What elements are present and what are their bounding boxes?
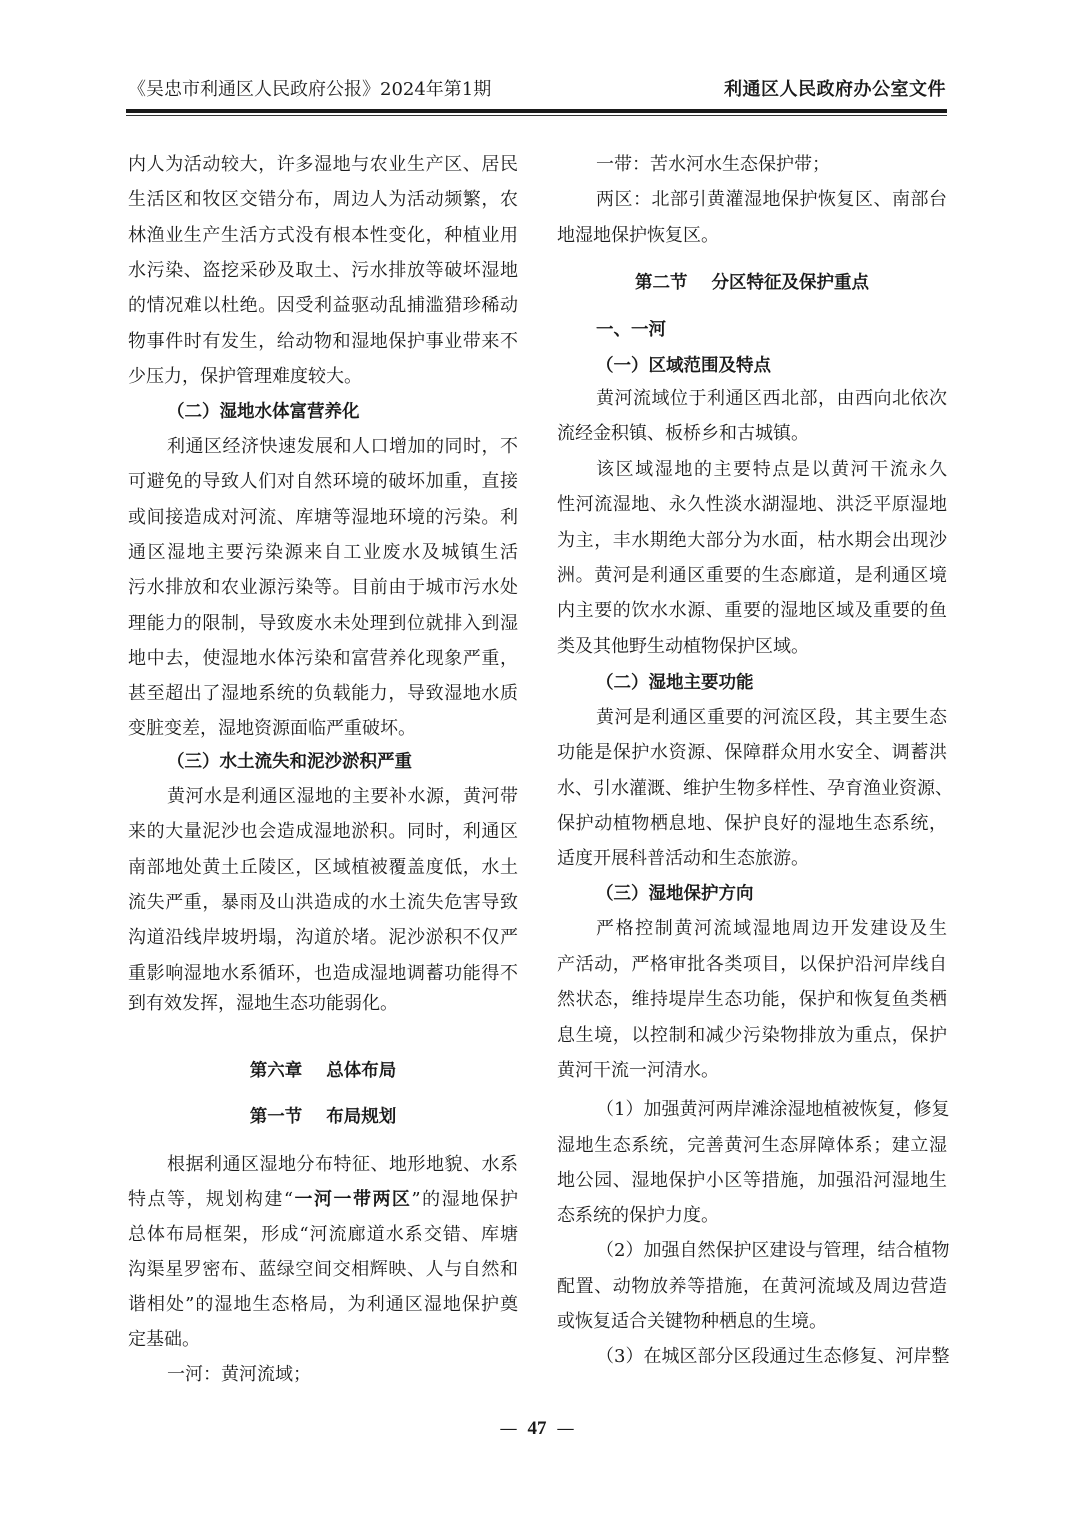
body-line: 地湿地保护恢复区。 <box>557 221 947 251</box>
body-line: 黄河流域位于利通区西北部，由西向北依次 <box>557 384 947 414</box>
body-line: 适度开展科普活动和生态旅游。 <box>557 844 947 874</box>
body-line: 黄河干流一河清水。 <box>557 1056 947 1086</box>
body-line: 湿地生态系统，完善黄河生态屏障体系；建立湿 <box>557 1131 947 1161</box>
folio-dash-left: — <box>500 1418 518 1439</box>
folio-dash-right: — <box>557 1418 575 1439</box>
body-line: 总体布局框架，形成“河流廊道水系交错、库塘 <box>128 1220 518 1250</box>
section-title: 布局规划 <box>326 1107 396 1127</box>
body-line: 污水排放和农业源污染等。目前由于城市污水处 <box>128 573 518 603</box>
section-title: 分区特征及保护重点 <box>712 273 870 293</box>
body-line: 地公园、湿地保护小区等措施，加强沿河湿地生 <box>557 1166 947 1196</box>
section-heading: 第二节分区特征及保护重点 <box>557 268 947 298</box>
body-line: 特点等，规划构建“一河一带两区”的湿地保护 <box>128 1185 518 1215</box>
subsection-heading: （三）水土流失和泥沙淤积严重 <box>128 747 518 777</box>
page-number: 47 <box>528 1418 547 1439</box>
body-line: 的情况难以杜绝。因受利益驱动乱捕滥猎珍稀动 <box>128 291 518 321</box>
body-line: 内人为活动较大，许多湿地与农业生产区、居民 <box>128 150 518 180</box>
text-run: ”的湿地保护 <box>411 1189 518 1210</box>
body-line: 生活区和牧区交错分布，周边人为活动频繁，农 <box>128 185 518 215</box>
body-line: （2）加强自然保护区建设与管理，结合植物 <box>557 1236 947 1266</box>
body-line: 黄河水是利通区湿地的主要补水源，黄河带 <box>128 782 518 812</box>
body-line: 沟道沿线岸坡坍塌，沟道於堵。泥沙淤积不仅严 <box>128 923 518 953</box>
body-line: 内主要的饮水水源、重要的湿地区域及重要的鱼 <box>557 596 947 626</box>
body-line: 一带：苦水河水生态保护带； <box>557 150 947 180</box>
body-line: 严格控制黄河流域湿地周边开发建设及生 <box>557 914 947 944</box>
subsection-heading: （三）湿地保护方向 <box>557 879 947 909</box>
chapter-heading: 第六章总体布局 <box>128 1056 518 1086</box>
section-number: 第一节 <box>250 1107 303 1127</box>
body-line: 沟渠星罗密布、蓝绿空间交相辉映、人与自然和 <box>128 1255 518 1285</box>
body-line: 类及其他野生动植物保护区域。 <box>557 632 947 662</box>
body-line: 来的大量泥沙也会造成湿地淤积。同时，利通区 <box>128 817 518 847</box>
body-line: 南部地处黄土丘陵区，区域植被覆盖度低，水土 <box>128 853 518 883</box>
body-line: 一河：黄河流域； <box>128 1360 518 1390</box>
subsection-heading: 一、一河 <box>557 315 947 345</box>
body-line: 根据利通区湿地分布特征、地形地貌、水系 <box>128 1150 518 1180</box>
body-line: （3）在城区部分区段通过生态修复、河岸整 <box>557 1342 947 1372</box>
body-line: 功能是保护水资源、保障群众用水安全、调蓄洪 <box>557 738 947 768</box>
body-line: 配置、动物放养等措施，在黄河流域及周边营造 <box>557 1272 947 1302</box>
body-line: 可避免的导致人们对自然环境的破坏加重，直接 <box>128 467 518 497</box>
body-line: 到有效发挥，湿地生态功能弱化。 <box>128 989 518 1019</box>
body-line: 流失严重，暴雨及山洪造成的水土流失危害导致 <box>128 888 518 918</box>
body-line: 定基础。 <box>128 1325 518 1355</box>
body-line: 产活动，严格审批各类项目，以保护沿河岸线自 <box>557 950 947 980</box>
chapter-title: 总体布局 <box>326 1061 396 1081</box>
body-line: 洲。黄河是利通区重要的生态廊道，是利通区境 <box>557 561 947 591</box>
body-line: 甚至超出了湿地系统的负载能力，导致湿地水质 <box>128 679 518 709</box>
page-folio: —47— <box>0 1417 1074 1441</box>
body-line: 林渔业生产生活方式没有根本性变化，种植业用 <box>128 221 518 251</box>
body-line: 理能力的限制，导致废水未处理到位就排入到湿 <box>128 609 518 639</box>
body-line: 通区湿地主要污染源来自工业废水及城镇生活 <box>128 538 518 568</box>
body-line: 物事件时有发生，给动物和湿地保护事业带来不 <box>128 327 518 357</box>
body-line: 水、引水灌溉、维护生物多样性、孕育渔业资源、 <box>557 774 947 804</box>
body-line: 或恢复适合关键物种栖息的生境。 <box>557 1307 947 1337</box>
body-line: 地中去，使湿地水体污染和富营养化现象严重， <box>128 644 518 674</box>
section-number: 第二节 <box>635 273 688 293</box>
body-line: 水污染、盗挖采砂及取土、污水排放等破坏湿地 <box>128 256 518 286</box>
subsection-heading: （二）湿地主要功能 <box>557 668 947 698</box>
body-line: 谐相处”的湿地生态格局，为利通区湿地保护奠 <box>128 1290 518 1320</box>
body-line: 利通区经济快速发展和人口增加的同时，不 <box>128 432 518 462</box>
emphasis-layout-name: 一河一带两区 <box>293 1189 411 1210</box>
left-column: 内人为活动较大，许多湿地与农业生产区、居民 生活区和牧区交错分布，周边人为活动频… <box>128 0 518 1520</box>
body-line: （1）加强黄河两岸滩涂湿地植被恢复，修复 <box>557 1095 947 1125</box>
subsection-heading: （一）区域范围及特点 <box>557 351 947 381</box>
right-column: 一带：苦水河水生态保护带； 两区：北部引黄灌湿地保护恢复区、南部台 地湿地保护恢… <box>557 0 947 1520</box>
subsection-heading: （二）湿地水体富营养化 <box>128 397 518 427</box>
body-line: 或间接造成对河流、库塘等湿地环境的污染。利 <box>128 503 518 533</box>
chapter-number: 第六章 <box>250 1061 303 1081</box>
body-line: 该区域湿地的主要特点是以黄河干流永久 <box>557 455 947 485</box>
body-line: 黄河是利通区重要的河流区段，其主要生态 <box>557 703 947 733</box>
body-line: 为主，丰水期绝大部分为水面，枯水期会出现沙 <box>557 526 947 556</box>
body-line: 变脏变差，湿地资源面临严重破坏。 <box>128 714 518 744</box>
text-run: 特点等，规划构建“ <box>128 1189 293 1210</box>
body-line: 然状态，维持堤岸生态功能，保护和恢复鱼类栖 <box>557 985 947 1015</box>
body-line: 保护动植物栖息地、保护良好的湿地生态系统， <box>557 809 947 839</box>
body-line: 少压力，保护管理难度较大。 <box>128 362 518 392</box>
body-line: 息生境，以控制和减少污染物排放为重点，保护 <box>557 1021 947 1051</box>
body-line: 态系统的保护力度。 <box>557 1201 947 1231</box>
body-line: 两区：北部引黄灌湿地保护恢复区、南部台 <box>557 185 947 215</box>
section-heading: 第一节布局规划 <box>128 1102 518 1132</box>
body-line: 流经金积镇、板桥乡和古城镇。 <box>557 419 947 449</box>
body-line: 重影响湿地水系循环，也造成湿地调蓄功能得不 <box>128 959 518 989</box>
body-line: 性河流湿地、永久性淡水湖湿地、洪泛平原湿地 <box>557 490 947 520</box>
